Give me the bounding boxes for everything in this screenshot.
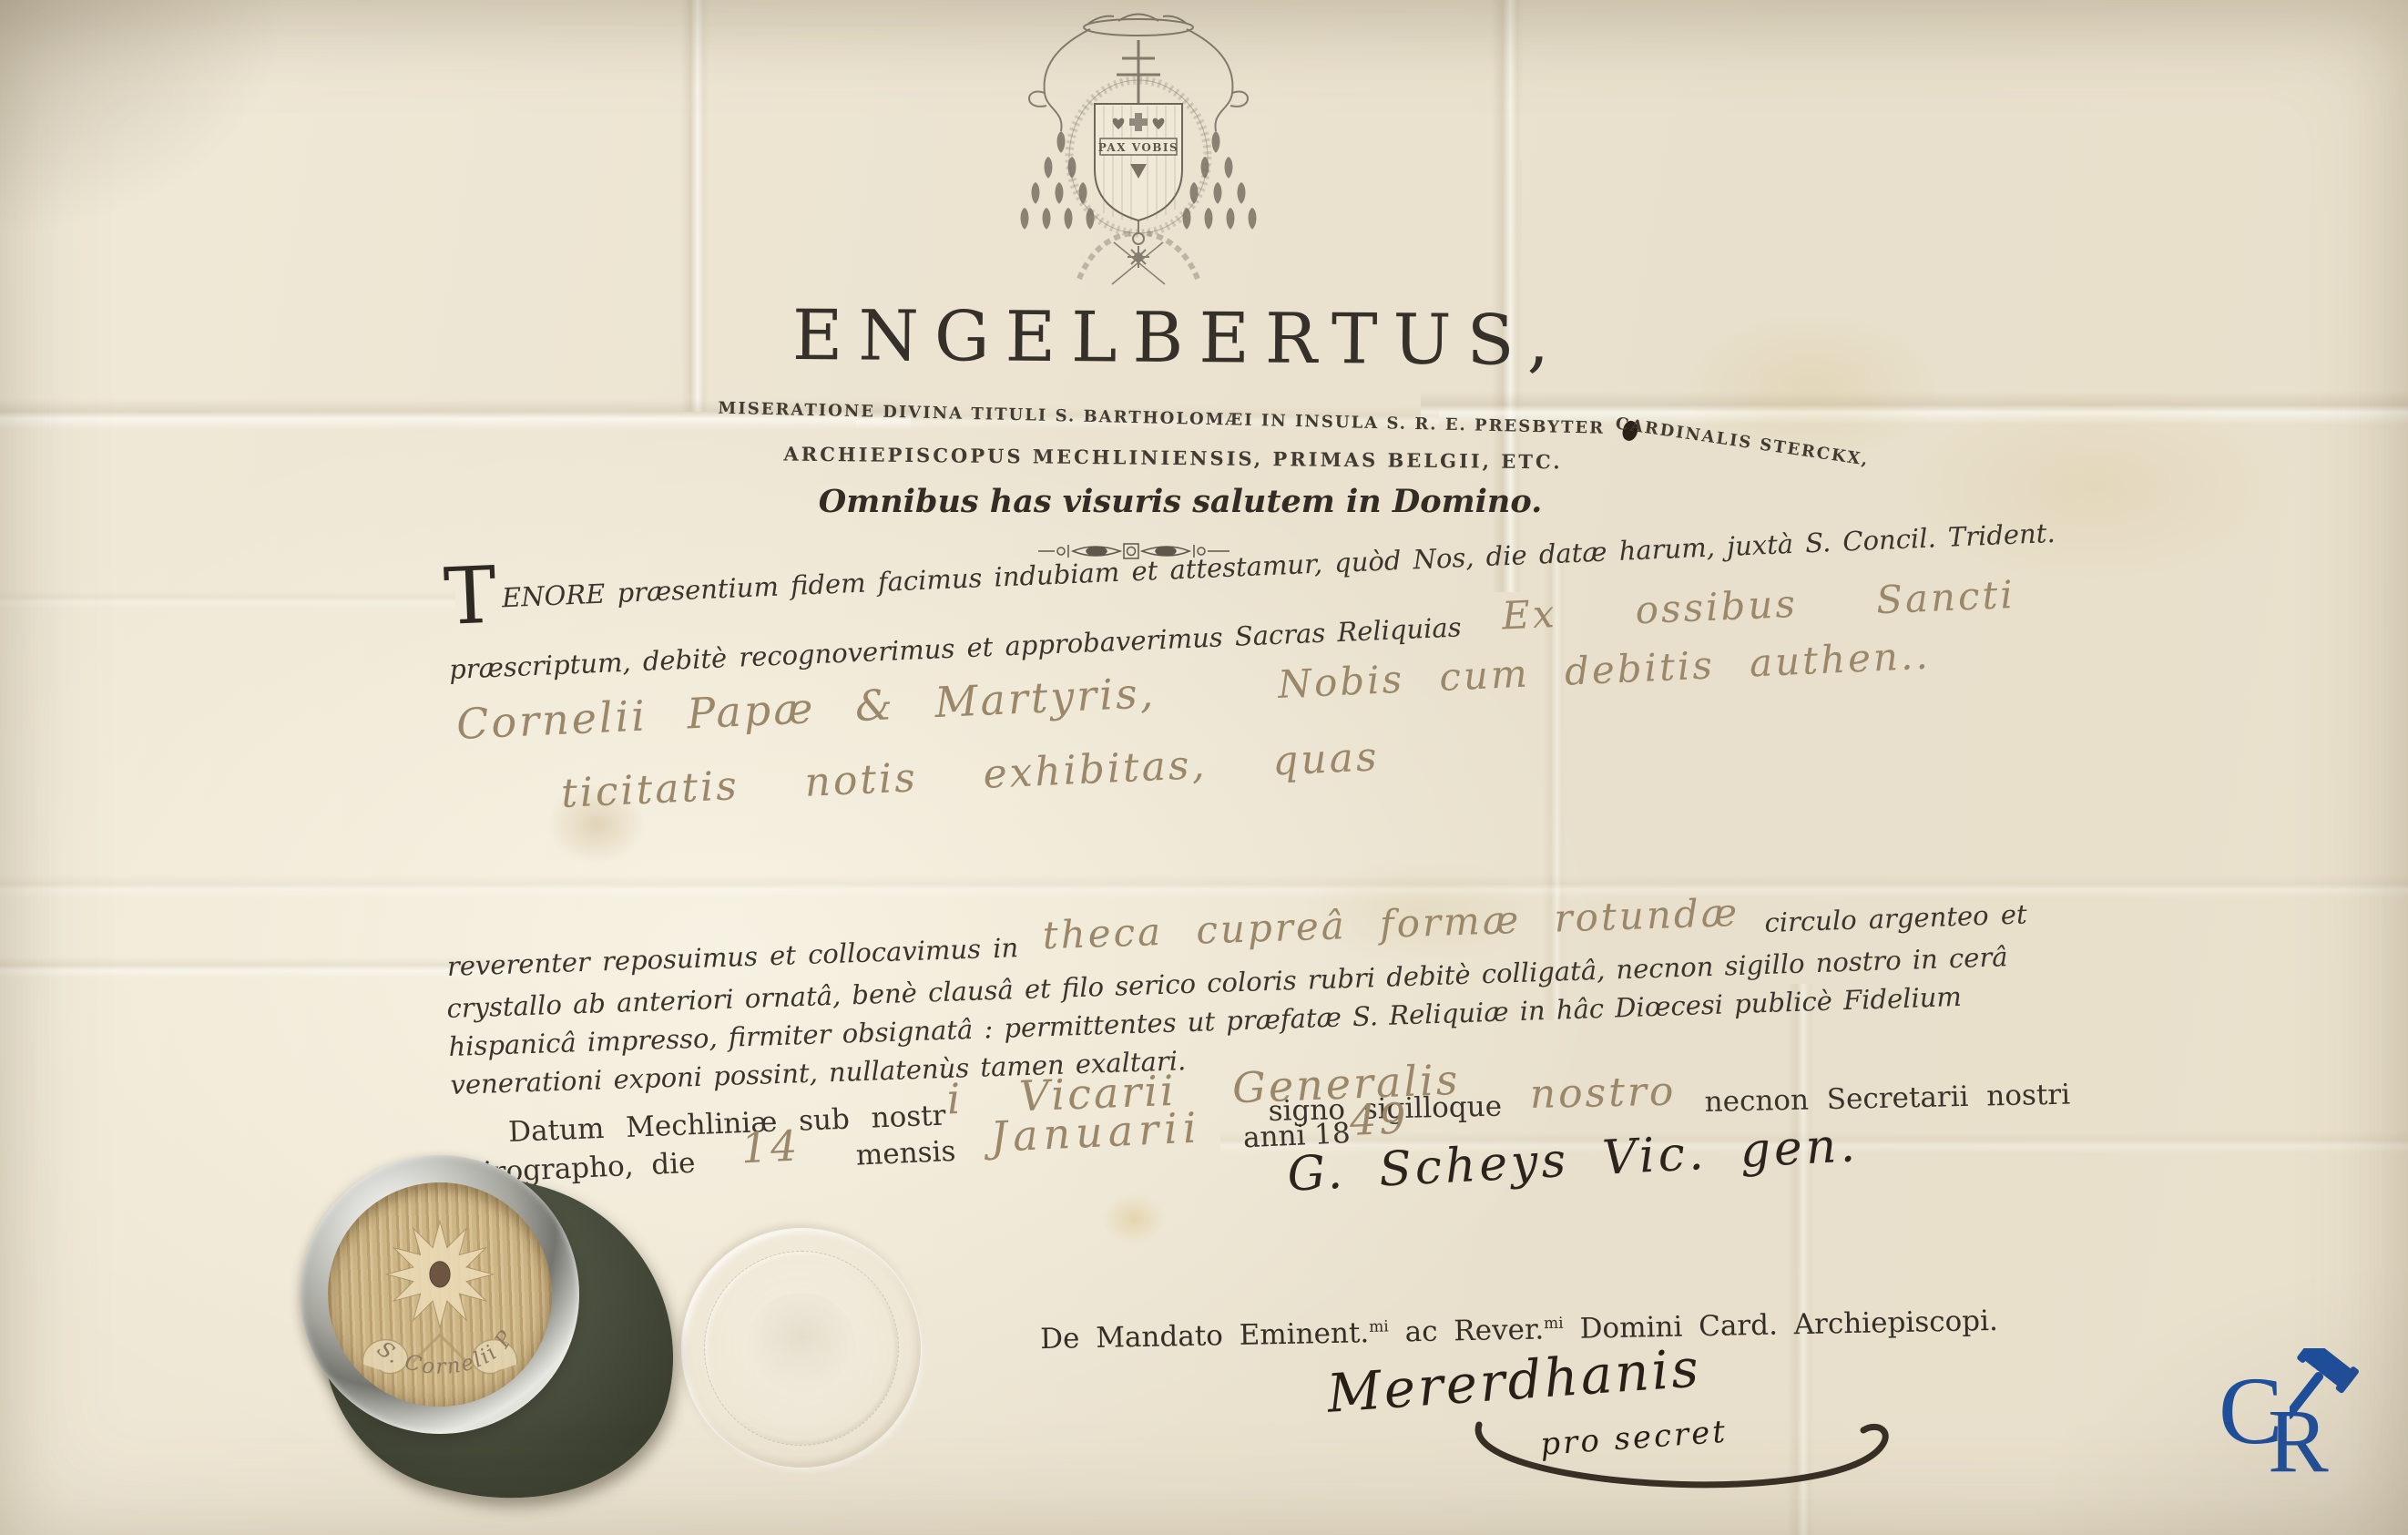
coat-of-arms-motto: PAX VOBIS (1098, 141, 1178, 154)
embossed-seal (681, 1228, 922, 1468)
paper-stain (1894, 383, 2295, 592)
datum-handwriting-year: 49 (1349, 1093, 1410, 1145)
drop-cap: T (444, 596, 496, 598)
body-p2-line1-print-b: circulo argenteo et (1764, 898, 2027, 938)
signature-flourish (1454, 1399, 1918, 1518)
cardinal-coat-of-arms: PAX VOBIS (988, 4, 1289, 286)
fold-crease (0, 875, 2408, 898)
fold-crease (0, 957, 510, 978)
datum-handwriting-nostro: nostro (1529, 1069, 1677, 1118)
reliquary-theca: S. Cornelii P. (301, 1155, 579, 1434)
body-p1-line2-handwriting: Ex ossibus Sancti (1501, 572, 2016, 639)
reliquary-contents: S. Cornelii P. (328, 1182, 552, 1407)
page-title: ENGELBERTUS, (792, 294, 1566, 381)
mandate-text: De Mandato Eminent. (1040, 1316, 1370, 1356)
salutation-line: Omnibus has visuris salutem in Domino. (819, 483, 1543, 520)
embossed-seal-motif (746, 1293, 857, 1404)
datum-handwriting-month: Januarii (989, 1102, 1202, 1161)
paper-stain (1102, 1193, 1166, 1244)
mandate-superscript: mi (1544, 1315, 1564, 1333)
corner-shadow (2025, 1262, 2408, 1535)
datum-print: mensis (855, 1135, 956, 1172)
corner-shadow (0, 0, 291, 237)
mandate-superscript: mi (1369, 1317, 1389, 1335)
letterhead-subtitle-2: ARCHIEPISCOPUS MECHLINIENSIS, PRIMAS BEL… (783, 443, 1562, 474)
mandate-text: ac Rever. (1388, 1313, 1544, 1348)
mandate-text: Domini Card. Archiepiscopi. (1563, 1305, 1998, 1346)
datum-print: necnon Secretarii nostri (1704, 1079, 2070, 1119)
fold-crease (681, 0, 709, 412)
datum-handwriting-day: 14 (740, 1121, 801, 1173)
body-p1-line4-handwriting: ticitatis notis exhibitas, quas (560, 733, 1381, 817)
fold-crease (0, 590, 455, 609)
mandate-line: De Mandato Eminent.mi ac Rever.mi Domini… (1040, 1305, 1998, 1356)
relic-fragment (430, 1262, 450, 1287)
body-p2-line1-print-a: reverenter reposuimus et collocavimus in (446, 932, 1018, 982)
reliquary-silk: S. Cornelii P. (328, 1182, 552, 1407)
document-photo: PAX VOBIS ENGELBERTUS, MISERATIONE DIVIN… (0, 0, 2408, 1535)
